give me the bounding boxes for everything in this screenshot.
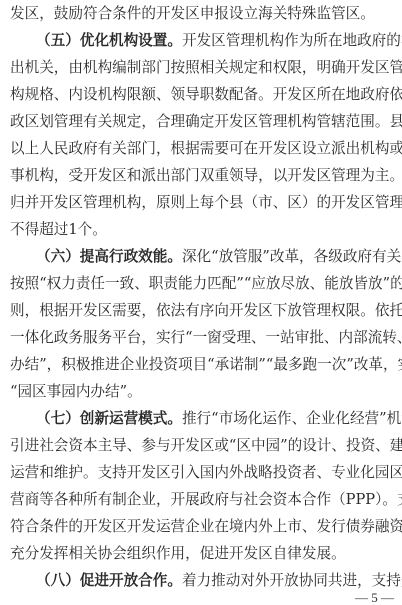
section-heading: （八）促进开放合作。 [36, 572, 182, 589]
section-heading: （五）优化机构设置。 [36, 32, 182, 49]
text-line: 以上人民政府有关部门，根据需要可在开发区设立派出机构或办 [10, 139, 396, 159]
line-text: 推行“市场化运作、企业化经营”机制， [182, 410, 402, 427]
text-line: 不得超过1个。 [10, 220, 396, 240]
text-line: 引进社会资本主导、参与开发区或“区中园”的设计、投资、建设、 [10, 436, 396, 456]
text-line: 办结”，积极推进企业投资项目“承诺制”“最多跑一次”改革，实现 [10, 355, 396, 375]
text-line: 充分发挥相关协会组织作用，促进开发区自律发展。 [10, 544, 396, 564]
text-line: 一体化政务服务平台，实行“一窗受理、一站审批、内部流转、限时 [10, 328, 396, 348]
line-text: 深化“放管服”改革，各级政府有关部门 [182, 248, 402, 265]
text-line: 归并开发区管理机构，原则上每个县（市、区）的开发区管理机构 [10, 193, 396, 213]
text-line: 事机构，受开发区和派出部门双重领导，以开发区管理为主。整合 [10, 166, 396, 186]
text-line: （七）创新运营模式。推行“市场化运作、企业化经营”机制， [36, 409, 396, 429]
text-line: 符合条件的开发区开发运营企业在境内外上市、发行债券融资。 [10, 517, 396, 537]
section-heading: （六）提高行政效能。 [36, 248, 182, 265]
text-line: 营商等各种所有制企业，开展政府与社会资本合作（PPP）。支持 [10, 490, 396, 510]
text-line: （八）促进开放合作。着力推动对外开放协同共进，支持开发 [36, 571, 396, 591]
page-number: — 5 — [355, 590, 394, 605]
text-line: 则，根据开发区需要，依法有序向开发区下放管理权限。依托全省 [10, 301, 396, 321]
document-page: 发区，鼓励符合条件的开发区申报设立海关特殊监管区。 （五）优化机构设置。开发区管… [0, 0, 402, 605]
text-line: 按照“权力责任一致、职责能力匹配”“应放尽放、能放皆放”的原 [10, 274, 396, 294]
line-text: 开发区管理机构作为所在地政府的派 [182, 32, 402, 49]
section-heading: （七）创新运营模式。 [36, 410, 182, 427]
text-line: 政区划管理有关规定，合理确定开发区管理机构管辖范围。县级 [10, 112, 396, 132]
text-line: 运营和维护。支持开发区引入国内外战略投资者、专业化园区运 [10, 463, 396, 483]
text-line: （五）优化机构设置。开发区管理机构作为所在地政府的派 [36, 31, 396, 51]
text-line: “园区事园内办结”。 [10, 382, 396, 402]
text-line: （六）提高行政效能。深化“放管服”改革，各级政府有关部门 [36, 247, 396, 267]
text-line: 出机关，由机构编制部门按照相关规定和权限，明确开发区管理机 [10, 58, 396, 78]
text-line: 发区，鼓励符合条件的开发区申报设立海关特殊监管区。 [10, 4, 396, 24]
text-line: 构规格、内设机构限额、领导职数配备。开发区所在地政府依据行 [10, 85, 396, 105]
line-text: 着力推动对外开放协同共进，支持开发 [182, 572, 402, 589]
